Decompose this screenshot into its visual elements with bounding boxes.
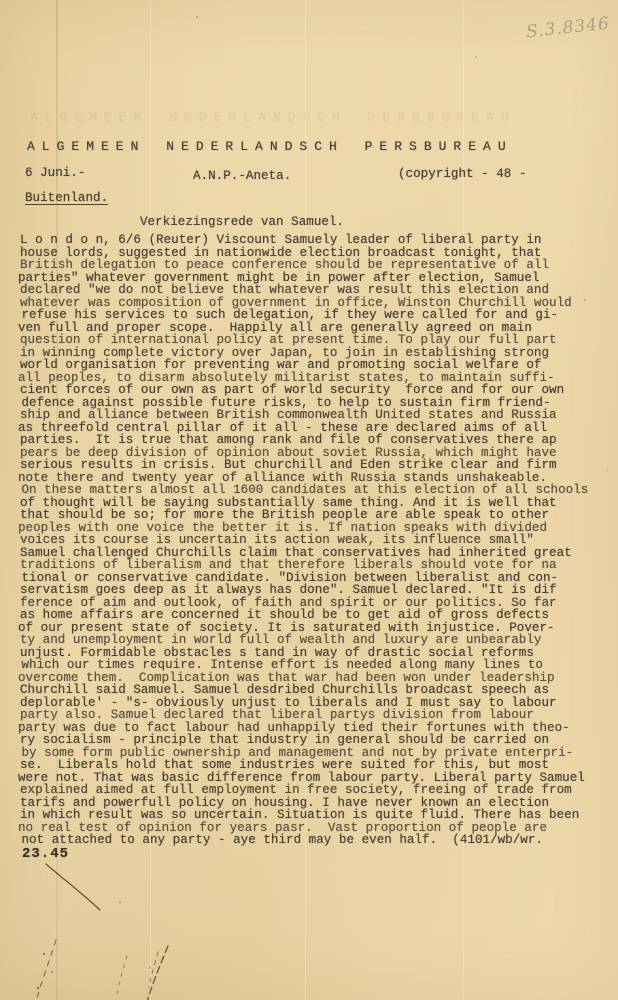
text-line: all peoples, to disarm absolutely milita… xyxy=(18,372,614,385)
text-line: voices its course is uncertain its actio… xyxy=(20,534,616,547)
section-heading: Buitenland. xyxy=(25,191,108,205)
article-title: Verkiezingsrede van Samuel. xyxy=(140,215,344,229)
text-line: parties. It is true that among rank and … xyxy=(20,434,616,447)
text-line: overcome them. Complication was that war… xyxy=(18,672,614,685)
date-label: 6 Juni.- xyxy=(25,166,85,180)
text-line: as threefold central pillar of it all - … xyxy=(18,422,614,435)
text-line: party was due to fact labour had unhappi… xyxy=(18,722,614,735)
text-line: not attached to any party - aye third ma… xyxy=(22,834,618,847)
text-line: pears be deep division of opinion about … xyxy=(20,447,616,460)
text-line: of thought will be saying substantially … xyxy=(20,497,616,510)
text-line: ference of aim and outlook, of faith and… xyxy=(20,597,616,610)
article-body: L o n d o n, 6/6 (Reuter) Viscount Samue… xyxy=(20,234,616,847)
text-line: L o n d o n, 6/6 (Reuter) Viscount Samue… xyxy=(20,234,616,247)
text-line: by some form public ownership and manage… xyxy=(22,747,618,760)
copyright-label: (copyright - 48 - xyxy=(398,167,526,181)
document-page: S.3.8346 ALGEMEEN NEDERLANDSCH PERSBUREA… xyxy=(0,0,618,1000)
text-line: tional or conservative candidate. "Divis… xyxy=(22,572,618,585)
text-line: On these matters almost all 1600 candida… xyxy=(22,484,618,497)
text-line: Churchill said Samuel. Samuel desdribed … xyxy=(20,684,616,697)
text-line: servatism goes deep as it always has don… xyxy=(20,584,616,597)
wire-service-label: A.N.P.-Aneta. xyxy=(193,169,291,183)
time-mark: 23.45 xyxy=(22,846,69,862)
text-line: declared "we do not believe that whateve… xyxy=(20,284,616,297)
agency-name: ALGEMEEN NEDERLANDSCH PERSBUREAU xyxy=(27,139,513,154)
text-line: explained aimed at full employment in fr… xyxy=(20,784,616,797)
archival-number-note: S.3.8346 xyxy=(525,14,611,43)
ghost-print: ALGEMEEN NEDERLANDSCH PERSBUREAU xyxy=(30,110,516,125)
text-line: ty and unemployment in world full of wea… xyxy=(20,634,616,647)
text-line: question of international policy at pres… xyxy=(20,334,616,347)
